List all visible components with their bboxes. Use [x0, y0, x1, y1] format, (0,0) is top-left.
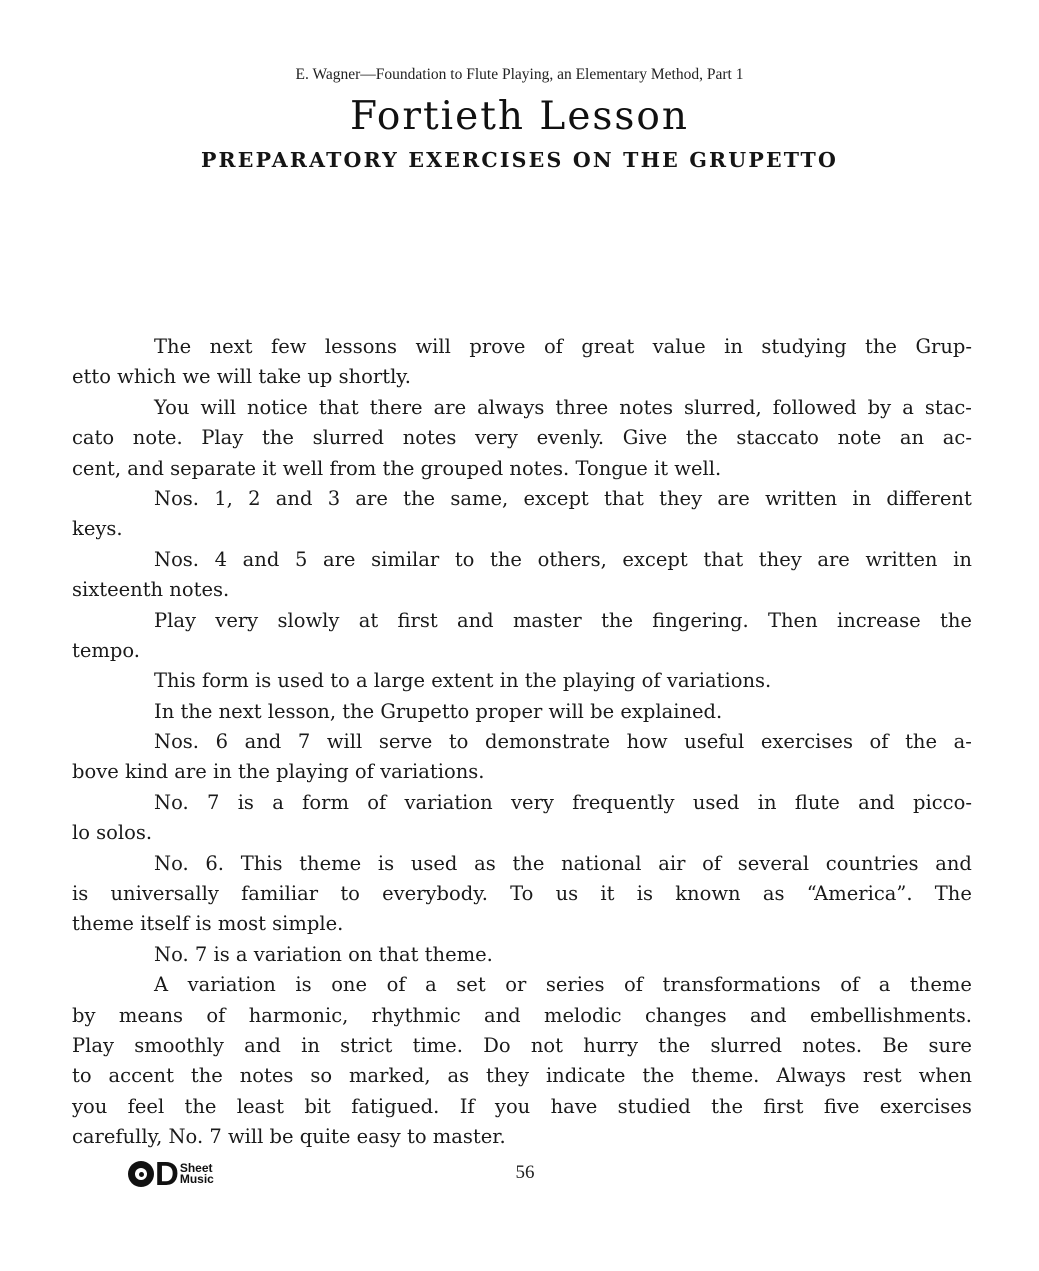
word: useful	[684, 727, 744, 757]
word: You	[154, 393, 189, 423]
word: a	[425, 970, 437, 1000]
body-line: isuniversallyfamiliartoeverybody.Tousiti…	[72, 879, 972, 909]
body-line-text: bove kind are in the playing of variatio…	[72, 757, 484, 787]
word: Nos.	[154, 545, 199, 575]
word: that	[319, 393, 359, 423]
word: known	[675, 879, 740, 909]
word: the	[185, 1092, 217, 1122]
word: very	[215, 606, 258, 636]
word: transformations	[663, 970, 821, 1000]
word: countries	[826, 849, 919, 879]
word: first	[763, 1092, 803, 1122]
word: No.	[154, 849, 189, 879]
body-line: In the next lesson, the Grupetto proper …	[72, 697, 972, 727]
body-line-text: lo solos.	[72, 818, 152, 848]
word: value	[653, 332, 706, 362]
body-line: bymeansofharmonic,rhythmicandmelodicchan…	[72, 1001, 972, 1031]
word: flute	[795, 788, 840, 818]
word: harmonic,	[249, 1001, 349, 1031]
word: the	[262, 423, 294, 453]
word: that	[604, 484, 644, 514]
word: everybody.	[382, 879, 488, 909]
logo-c-icon	[128, 1161, 154, 1187]
word: 6	[216, 727, 228, 757]
body-line: Youwillnoticethattherearealwaysthreenote…	[72, 393, 972, 423]
word: 5	[295, 545, 307, 575]
body-line: carefully, No. 7 will be quite easy to m…	[72, 1122, 972, 1152]
word: used	[693, 788, 740, 818]
word: 4	[215, 545, 227, 575]
word: few	[271, 332, 306, 362]
word: variation	[188, 970, 276, 1000]
word: several	[738, 849, 809, 879]
word: rhythmic	[372, 1001, 461, 1031]
word: slurred	[313, 423, 384, 453]
word: Nos.	[154, 727, 199, 757]
word: feel	[128, 1092, 165, 1122]
word: the	[865, 332, 897, 362]
word: that	[703, 545, 743, 575]
body-line: lo solos.	[72, 818, 972, 848]
word: smoothly	[134, 1031, 224, 1061]
word: means	[119, 1001, 183, 1031]
word: are	[323, 545, 356, 575]
word: melodic	[544, 1001, 622, 1031]
word: accent	[109, 1061, 174, 1091]
word: similar	[371, 545, 439, 575]
word: set	[456, 970, 485, 1000]
word: as	[474, 849, 496, 879]
body-line: Nos.6and7willservetodemonstratehowuseful…	[72, 727, 972, 757]
body-line: Nos.1,2and3arethesame,exceptthattheyarew…	[72, 484, 972, 514]
word: least	[237, 1092, 284, 1122]
word: staccato	[736, 423, 819, 453]
word: and	[243, 545, 280, 575]
word: 2	[248, 484, 260, 514]
body-line: etto which we will take up shortly.	[72, 362, 972, 392]
page-number: 56	[505, 1162, 545, 1184]
word: us	[556, 879, 579, 909]
word: and	[935, 849, 972, 879]
word: fingering.	[652, 606, 748, 636]
body-line: youfeeltheleastbitfatigued.Ifyouhavestud…	[72, 1092, 972, 1122]
word: air	[658, 849, 685, 879]
body-line-text: cent, and separate it well from the grou…	[72, 454, 721, 484]
word: so	[310, 1061, 332, 1091]
body-line: This form is used to a large extent in t…	[72, 666, 972, 696]
word: you	[72, 1092, 107, 1122]
word: changes	[645, 1001, 727, 1031]
word: the	[711, 1092, 743, 1122]
word: notes.	[802, 1031, 862, 1061]
word: to	[449, 727, 469, 757]
word: the	[601, 606, 633, 636]
word: embellishments.	[810, 1001, 972, 1031]
word: note	[838, 423, 882, 453]
body-line: Nos.4and5aresimilartotheothers,excepttha…	[72, 545, 972, 575]
word: 7	[207, 788, 219, 818]
word: the	[905, 727, 937, 757]
word: by	[72, 1001, 96, 1031]
word: series	[546, 970, 605, 1000]
word: the	[490, 545, 522, 575]
word: prove	[469, 332, 525, 362]
word: 3	[328, 484, 340, 514]
word: are	[817, 545, 850, 575]
body-line: cent, and separate it well from the grou…	[72, 454, 972, 484]
word: Play	[72, 1031, 114, 1061]
word: one	[331, 970, 367, 1000]
word: evenly.	[537, 423, 605, 453]
word: in	[758, 788, 777, 818]
word: an	[900, 423, 924, 453]
word: frequently	[572, 788, 674, 818]
word: No.	[154, 788, 189, 818]
word: to	[340, 879, 360, 909]
word: is	[378, 849, 394, 879]
word: Play	[154, 606, 196, 636]
word: a-	[954, 727, 972, 757]
word: as	[447, 1061, 469, 1091]
body-line-text: carefully, No. 7 will be quite easy to m…	[72, 1122, 506, 1152]
word: how	[627, 727, 668, 757]
word: in	[953, 545, 972, 575]
word: Give	[623, 423, 667, 453]
word: strict	[340, 1031, 392, 1061]
word: is	[238, 788, 254, 818]
word: are	[355, 484, 388, 514]
word: theme.	[691, 1061, 759, 1091]
body-line: theme itself is most simple.	[72, 909, 972, 939]
body-line-text: sixteenth notes.	[72, 575, 229, 605]
word: is	[295, 970, 311, 1000]
word: of	[206, 1001, 225, 1031]
word: first	[398, 606, 438, 636]
word: they	[759, 545, 802, 575]
word: written	[765, 484, 837, 514]
word: always	[477, 393, 544, 423]
body-line: Avariationisoneofasetorseriesoftransform…	[72, 970, 972, 1000]
word: others,	[538, 545, 607, 575]
word: time.	[413, 1031, 463, 1061]
word: The	[935, 879, 972, 909]
word: are	[434, 393, 467, 423]
word: is	[637, 879, 653, 909]
word: hurry	[583, 1031, 638, 1061]
logo-d-icon: D	[155, 1160, 179, 1188]
word: of	[870, 727, 889, 757]
lesson-body: Thenextfewlessonswillproveofgreatvaluein…	[72, 332, 972, 1153]
word: increase	[837, 606, 921, 636]
word: marked,	[349, 1061, 430, 1091]
word: there	[370, 393, 423, 423]
word: studied	[618, 1092, 691, 1122]
word: the	[512, 849, 544, 879]
word: except	[523, 484, 588, 514]
document-page: E. Wagner—Foundation to Flute Playing, a…	[0, 0, 1039, 1271]
word: notes	[403, 423, 457, 453]
logo-word-music: Music	[180, 1174, 214, 1185]
word: not	[531, 1031, 563, 1061]
word: theme	[910, 970, 972, 1000]
word: to	[72, 1061, 92, 1091]
word: are	[717, 484, 750, 514]
body-line: bove kind are in the playing of variatio…	[72, 757, 972, 787]
word: notice	[247, 393, 308, 423]
word: the	[940, 606, 972, 636]
word: picco-	[913, 788, 972, 818]
word: will	[201, 393, 236, 423]
word: 7	[298, 727, 310, 757]
body-line-text: tempo.	[72, 636, 140, 666]
word: and	[276, 484, 313, 514]
word: a	[272, 788, 284, 818]
word: very	[475, 423, 518, 453]
word: at	[359, 606, 378, 636]
word: different	[886, 484, 971, 514]
word: slurred	[710, 1031, 781, 1061]
logo-wordmark: Sheet Music	[180, 1163, 214, 1185]
word: To	[510, 879, 533, 909]
word: five	[824, 1092, 860, 1122]
word: and	[858, 788, 895, 818]
lesson-title: Fortieth Lesson	[0, 94, 1039, 139]
word: Do	[483, 1031, 510, 1061]
word: theme	[299, 849, 361, 879]
body-line: keys.	[72, 514, 972, 544]
word: notes	[240, 1061, 294, 1091]
word: national	[561, 849, 641, 879]
body-line: sixteenth notes.	[72, 575, 972, 605]
word: the	[658, 1031, 690, 1061]
word: variation	[405, 788, 493, 818]
body-line-text: keys.	[72, 514, 123, 544]
body-line: No. 7 is a variation on that theme.	[72, 940, 972, 970]
word: serve	[379, 727, 432, 757]
lesson-subtitle: PREPARATORY EXERCISES ON THE GRUPETTO	[0, 148, 1039, 172]
word: demonstrate	[485, 727, 610, 757]
word: studying	[761, 332, 846, 362]
word: will	[415, 332, 450, 362]
word: it	[600, 879, 614, 909]
word: exercises	[880, 1092, 972, 1122]
word: and	[484, 1001, 521, 1031]
body-line-text: theme itself is most simple.	[72, 909, 343, 939]
word: or	[505, 970, 526, 1000]
word: next	[210, 332, 253, 362]
word: notes	[619, 393, 673, 423]
word: If	[460, 1092, 475, 1122]
word: Nos.	[154, 484, 199, 514]
word: Grup-	[915, 332, 972, 362]
word: and	[750, 1001, 787, 1031]
body-line: Playveryslowlyatfirstandmasterthefingeri…	[72, 606, 972, 636]
word: note.	[133, 423, 183, 453]
word: followed	[773, 393, 857, 423]
word: of	[544, 332, 563, 362]
word: a	[879, 970, 891, 1000]
word: The	[154, 332, 191, 362]
word: Play	[201, 423, 243, 453]
word: written	[865, 545, 937, 575]
word: of	[840, 970, 859, 1000]
running-head: E. Wagner—Foundation to Flute Playing, a…	[0, 66, 1039, 84]
body-line: catonote.Playtheslurrednotesveryevenly.G…	[72, 423, 972, 453]
word: is	[72, 879, 88, 909]
word: the	[191, 1061, 223, 1091]
word: used	[411, 849, 458, 879]
word: “America”.	[807, 879, 913, 909]
word: and	[457, 606, 494, 636]
word: familiar	[241, 879, 318, 909]
word: in	[301, 1031, 320, 1061]
word: a	[902, 393, 914, 423]
word: have	[551, 1092, 598, 1122]
body-line-text: etto which we will take up shortly.	[72, 362, 411, 392]
word: of	[387, 970, 406, 1000]
word: 1,	[214, 484, 233, 514]
word: when	[919, 1061, 972, 1091]
word: ac-	[943, 423, 972, 453]
word: lessons	[325, 332, 397, 362]
body-line-text: This form is used to a large extent in t…	[154, 666, 771, 696]
body-line: No.7isaformofvariationveryfrequentlyused…	[72, 788, 972, 818]
word: except	[622, 545, 687, 575]
word: they	[486, 1061, 529, 1091]
word: A	[154, 970, 168, 1000]
word: master	[513, 606, 582, 636]
word: universally	[110, 879, 218, 909]
cd-sheet-music-logo: D Sheet Music	[128, 1157, 214, 1191]
body-line: Playsmoothlyandinstricttime.Donothurryth…	[72, 1031, 972, 1061]
word: cato	[72, 423, 114, 453]
word: indicate	[546, 1061, 625, 1091]
word: 6.	[205, 849, 224, 879]
word: the	[403, 484, 435, 514]
word: the	[642, 1061, 674, 1091]
body-line-text: No. 7 is a variation on that theme.	[154, 940, 493, 970]
word: and	[245, 727, 282, 757]
word: three	[555, 393, 608, 423]
word: same,	[450, 484, 508, 514]
word: the	[686, 423, 718, 453]
body-line: toaccentthenotessomarked,astheyindicatet…	[72, 1061, 972, 1091]
word: sure	[929, 1031, 972, 1061]
word: This	[241, 849, 283, 879]
word: of	[702, 849, 721, 879]
word: to	[455, 545, 475, 575]
word: stac-	[925, 393, 972, 423]
word: will	[327, 727, 362, 757]
word: Be	[882, 1031, 908, 1061]
word: bit	[304, 1092, 331, 1122]
body-line: No.6.Thisthemeisusedasthenationalairofse…	[72, 849, 972, 879]
word: by	[868, 393, 892, 423]
word: as	[763, 879, 785, 909]
word: of	[624, 970, 643, 1000]
word: form	[302, 788, 349, 818]
body-line: Thenextfewlessonswillproveofgreatvaluein…	[72, 332, 972, 362]
word: you	[495, 1092, 530, 1122]
word: in	[852, 484, 871, 514]
word: rest	[863, 1061, 902, 1091]
word: fatigued.	[351, 1092, 439, 1122]
body-line: tempo.	[72, 636, 972, 666]
word: in	[724, 332, 743, 362]
word: of	[367, 788, 386, 818]
word: slurred,	[684, 393, 762, 423]
word: and	[244, 1031, 281, 1061]
word: very	[511, 788, 554, 818]
word: Always	[776, 1061, 846, 1091]
body-line-text: In the next lesson, the Grupetto proper …	[154, 697, 722, 727]
word: exercises	[761, 727, 853, 757]
word: they	[659, 484, 702, 514]
word: slowly	[278, 606, 340, 636]
word: Then	[768, 606, 818, 636]
word: great	[581, 332, 634, 362]
